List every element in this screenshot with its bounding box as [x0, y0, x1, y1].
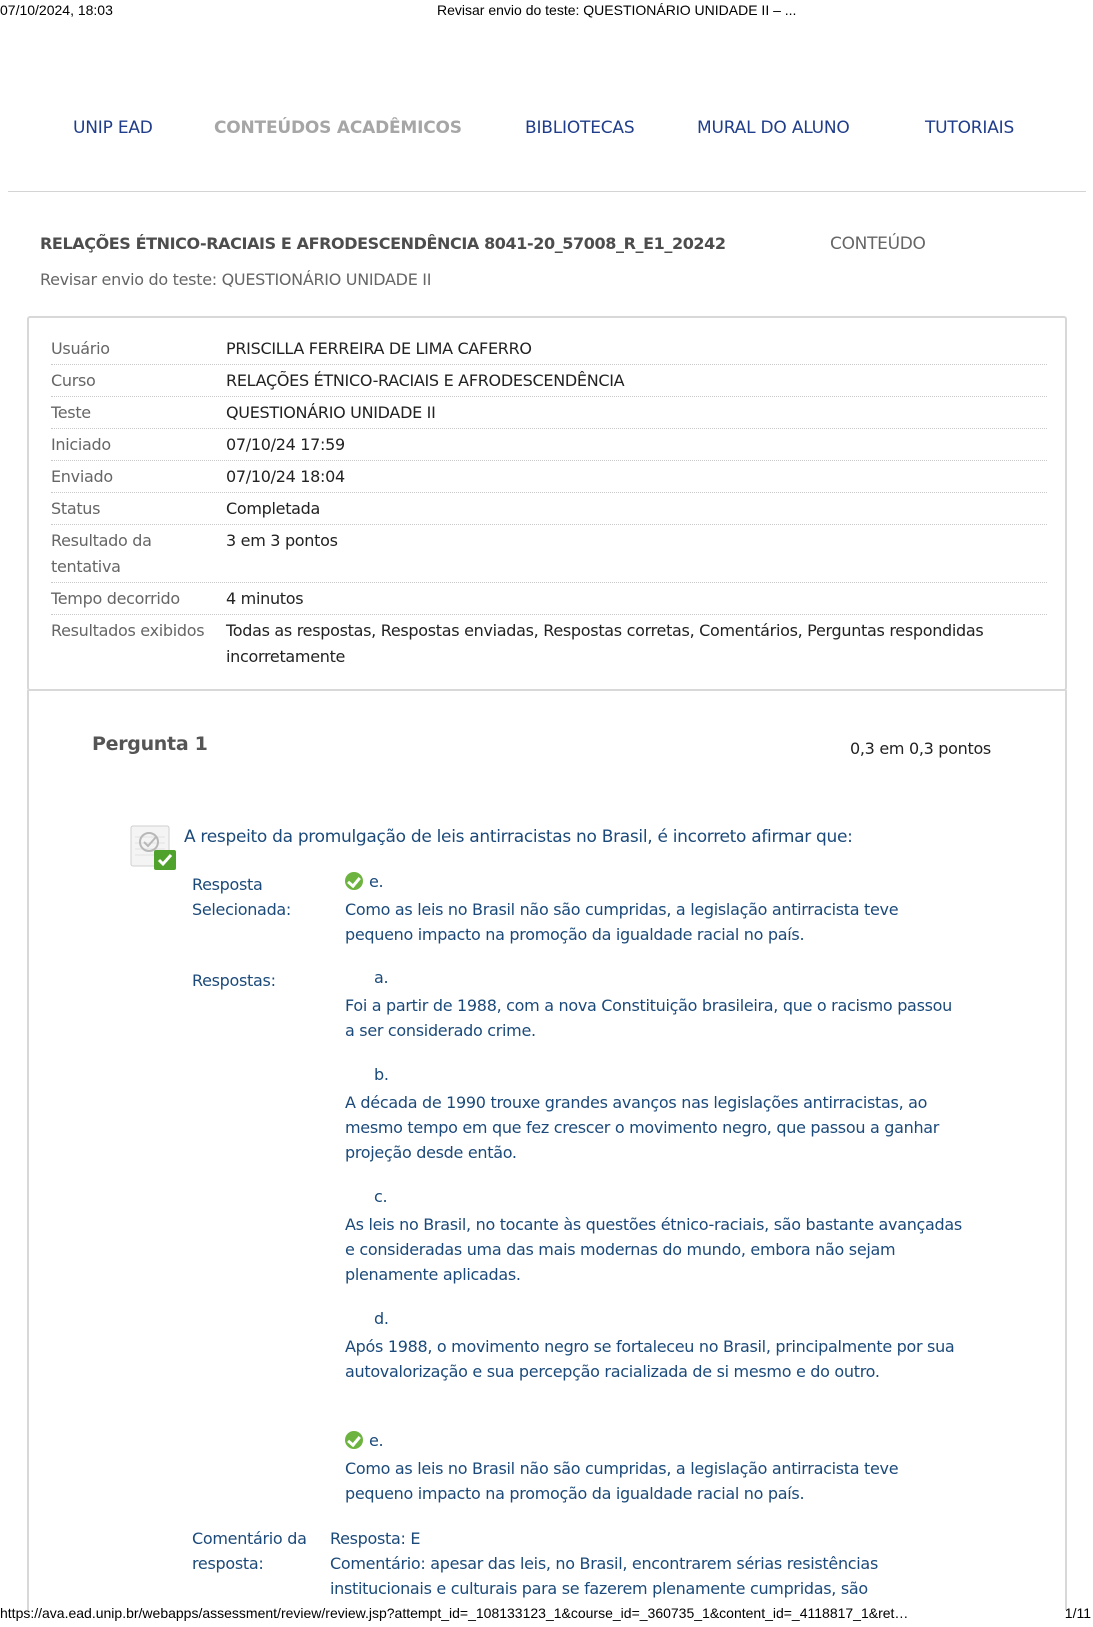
course-title[interactable]: RELAÇÕES ÉTNICO-RACIAIS E AFRODESCENDÊNC…	[40, 234, 726, 253]
answer-letter-b: b.	[374, 1065, 389, 1084]
info-label: Curso	[51, 368, 226, 394]
info-row-usuario: Usuário PRISCILLA FERREIRA DE LIMA CAFER…	[51, 336, 1047, 365]
selected-answer-letter: e.	[345, 872, 383, 891]
question-points: 0,3 em 0,3 pontos	[850, 739, 991, 758]
answer-letter-c: c.	[374, 1187, 387, 1206]
attempt-info-panel: Usuário PRISCILLA FERREIRA DE LIMA CAFER…	[27, 316, 1067, 691]
info-value: Completada	[226, 496, 1036, 522]
info-value: 07/10/24 17:59	[226, 432, 1036, 458]
info-value: QUESTIONÁRIO UNIDADE II	[226, 400, 1036, 426]
nav-tutoriais[interactable]: TUTORIAIS	[925, 118, 1014, 138]
nav-conteudos-academicos[interactable]: CONTEÚDOS ACADÊMICOS	[214, 118, 462, 138]
info-value: 3 em 3 pontos	[226, 528, 1036, 554]
info-value: PRISCILLA FERREIRA DE LIMA CAFERRO	[226, 336, 1036, 362]
answer-text-e: Como as leis no Brasil não são cumpridas…	[345, 1456, 965, 1506]
info-row-enviado: Enviado 07/10/24 18:04	[51, 464, 1047, 493]
breadcrumb: Revisar envio do teste: QUESTIONÁRIO UNI…	[40, 270, 431, 289]
answer-text-d: Após 1988, o movimento negro se fortalec…	[345, 1334, 965, 1384]
info-row-resultados-exibidos: Resultados exibidos Todas as respostas, …	[51, 618, 1047, 672]
answers-label: Respostas:	[192, 968, 276, 993]
info-row-tempo: Tempo decorrido 4 minutos	[51, 586, 1047, 615]
print-header: 07/10/2024, 18:03 Revisar envio do teste…	[0, 2, 1093, 22]
info-value: 07/10/24 18:04	[226, 464, 1036, 490]
info-label: Resultado da tentativa	[51, 528, 211, 580]
conteudo-link[interactable]: CONTEÚDO	[830, 234, 926, 254]
answer-letter-d: d.	[374, 1309, 389, 1328]
info-row-status: Status Completada	[51, 496, 1047, 525]
answer-text-b: A década de 1990 trouxe grandes avanços …	[345, 1090, 965, 1165]
print-page-number: 1/11	[1065, 1605, 1091, 1621]
print-datetime: 07/10/2024, 18:03	[0, 2, 113, 18]
nav-mural-do-aluno[interactable]: MURAL DO ALUNO	[697, 118, 850, 138]
nav-bibliotecas[interactable]: BIBLIOTECAS	[525, 118, 634, 138]
info-label: Enviado	[51, 464, 226, 490]
selected-answer-text: Como as leis no Brasil não são cumpridas…	[345, 897, 965, 947]
print-url: https://ava.ead.unip.br/webapps/assessme…	[0, 1605, 908, 1621]
info-row-resultado: Resultado da tentativa 3 em 3 pontos	[51, 528, 1047, 583]
correct-question-icon	[130, 825, 178, 873]
info-label: Tempo decorrido	[51, 586, 226, 612]
info-label: Usuário	[51, 336, 226, 362]
info-row-iniciado: Iniciado 07/10/24 17:59	[51, 432, 1047, 461]
print-page-title: Revisar envio do teste: QUESTIONÁRIO UNI…	[437, 2, 796, 18]
answer-letter-e: e.	[345, 1431, 383, 1450]
info-row-teste: Teste QUESTIONÁRIO UNIDADE II	[51, 400, 1047, 429]
question-text: A respeito da promulgação de leis antirr…	[184, 827, 853, 847]
top-navigation: UNIP EAD CONTEÚDOS ACADÊMICOS BIBLIOTECA…	[0, 118, 1093, 148]
info-value: Todas as respostas, Respostas enviadas, …	[226, 618, 1036, 670]
info-label: Resultados exibidos	[51, 618, 226, 644]
info-row-curso: Curso RELAÇÕES ÉTNICO-RACIAIS E AFRODESC…	[51, 368, 1047, 397]
info-label: Iniciado	[51, 432, 226, 458]
info-value: RELAÇÕES ÉTNICO-RACIAIS E AFRODESCENDÊNC…	[226, 368, 1036, 394]
selected-answer-label: Resposta Selecionada:	[192, 872, 312, 922]
answer-letter-a: a.	[374, 968, 388, 987]
info-label: Status	[51, 496, 226, 522]
answer-text-a: Foi a partir de 1988, com a nova Constit…	[345, 993, 965, 1043]
correct-check-icon	[345, 1431, 363, 1449]
comment-answer: Resposta: E	[330, 1526, 950, 1551]
correct-check-icon	[345, 872, 363, 890]
comment-label: Comentário da resposta:	[192, 1526, 307, 1576]
answer-text-c: As leis no Brasil, no tocante às questõe…	[345, 1212, 965, 1287]
nav-divider	[8, 191, 1086, 192]
comment-text: Comentário: apesar das leis, no Brasil, …	[330, 1551, 960, 1601]
print-footer: https://ava.ead.unip.br/webapps/assessme…	[0, 1605, 1093, 1625]
letter-text: e.	[369, 872, 383, 891]
nav-unip-ead[interactable]: UNIP EAD	[73, 118, 153, 138]
letter-text: e.	[369, 1431, 383, 1450]
info-value: 4 minutos	[226, 586, 1036, 612]
info-label: Teste	[51, 400, 226, 426]
question-title: Pergunta 1	[92, 733, 208, 755]
